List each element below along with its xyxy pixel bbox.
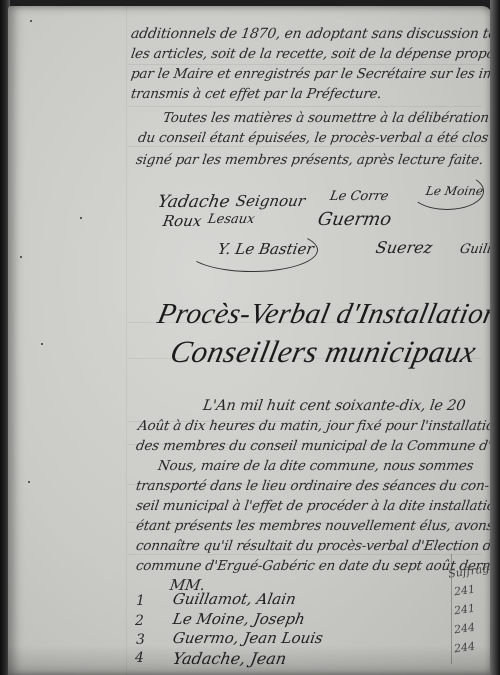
member-number: 1 <box>136 593 145 609</box>
paper-speck <box>20 256 22 258</box>
installation-line: connaître qu'il résultait du procès-verb… <box>135 538 492 554</box>
paper-speck <box>80 217 82 219</box>
signature-flourish <box>186 228 318 272</box>
installation-line: étant présents les membres nouvellement … <box>135 518 492 534</box>
signature: Guermo <box>316 209 393 230</box>
ruled-line <box>128 106 482 107</box>
register-page: additionnels de 1870, en adoptant sans d… <box>8 6 492 675</box>
ruled-line <box>128 146 482 147</box>
section-title-line1: Procès-Verbal d'Installation des <box>154 298 492 331</box>
signature: Suerez <box>374 238 434 257</box>
signature: Le Corre <box>329 189 390 204</box>
tally-value: 244 <box>453 621 476 637</box>
signature-flourish <box>410 172 484 210</box>
signature: Guillou <box>459 242 492 257</box>
margin-line <box>126 6 127 675</box>
member-name: Le Moine, Joseph <box>171 610 306 628</box>
paper-speck <box>30 20 32 22</box>
minutes-line: les articles, soit de la recette, soit d… <box>130 46 492 62</box>
minutes-line: transmis à cet effet par la Préfecture. <box>130 86 383 102</box>
installation-line: commune d'Ergué-Gabéric en date du sept … <box>135 558 492 574</box>
paper-speck <box>41 343 43 345</box>
signature: Roux <box>161 212 203 230</box>
tally-value: 241 <box>453 583 476 599</box>
installation-line: des membres du conseil municipal de la C… <box>135 438 492 454</box>
signature: Lesaux <box>207 212 256 227</box>
installation-line: Nous, maire de la dite commune, nous som… <box>157 458 475 474</box>
installation-line: seil municipal à l'effet de procéder à l… <box>135 498 492 514</box>
paper-speck <box>28 481 30 483</box>
minutes-line: Toutes les matières à soumettre à la dél… <box>162 110 490 126</box>
tally-value: 241 <box>453 602 476 618</box>
member-number: 2 <box>135 613 144 629</box>
page-edge <box>490 0 500 675</box>
page-bottom-shadow <box>8 645 492 675</box>
minutes-line: additionnels de 1870, en adoptant sans d… <box>130 26 492 42</box>
installation-line: transporté dans le lieu ordinaire des sé… <box>135 478 490 494</box>
installation-line: Août à dix heures du matin, jour fixé po… <box>137 418 492 434</box>
ruled-line <box>128 64 482 65</box>
section-title-line2: Conseillers municipaux <box>167 334 479 370</box>
minutes-line: du conseil étant épuisées, le procès-ver… <box>137 130 492 146</box>
signature: Seignour <box>234 192 306 210</box>
ruled-line <box>128 554 482 555</box>
installation-line: L'An mil huit cent soixante-dix, le 20 <box>202 398 466 414</box>
minutes-line: par le Maire et enregistrés par le Secré… <box>130 66 492 82</box>
signature: Yadache <box>156 192 231 212</box>
minutes-line: signé par les membres présents, après le… <box>135 152 484 168</box>
member-name: Guillamot, Alain <box>171 590 297 608</box>
